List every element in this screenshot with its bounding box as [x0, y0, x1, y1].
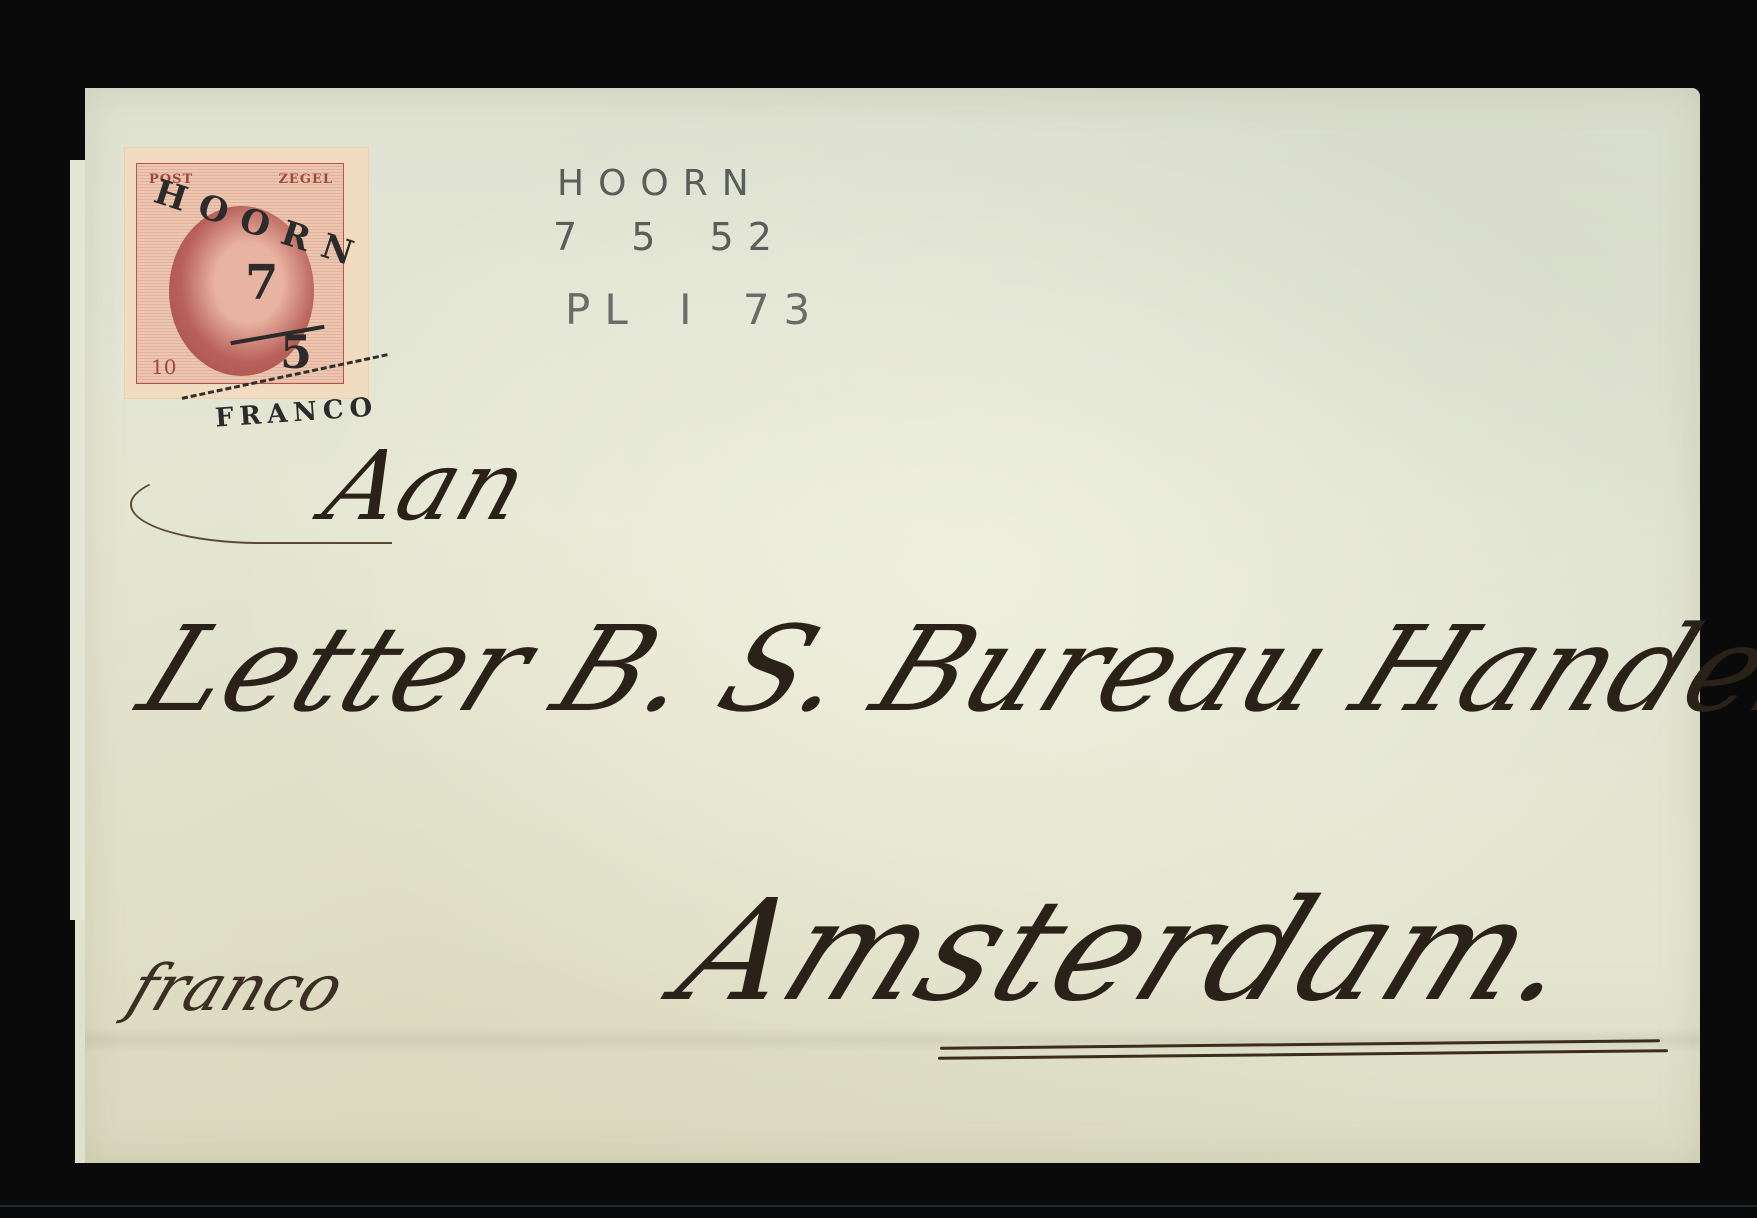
destination-city: Amsterdam.	[657, 870, 1605, 1033]
franco-marking: franco	[119, 952, 354, 1026]
salutation: Aan	[312, 430, 543, 542]
stamp-zegel-label: ZEGEL	[278, 172, 333, 187]
mount-edge-line	[0, 1205, 1757, 1207]
pencil-note-city: HOORN	[557, 163, 763, 204]
pencil-note-date: 7 5 52	[553, 215, 786, 259]
stamp-value: 10	[151, 355, 176, 379]
pencil-note-plate: PL I 73	[565, 285, 824, 334]
postmark-day: 7	[245, 255, 278, 311]
addressee-line: Letter B. S. Bureau Handelsblad	[122, 600, 1757, 738]
